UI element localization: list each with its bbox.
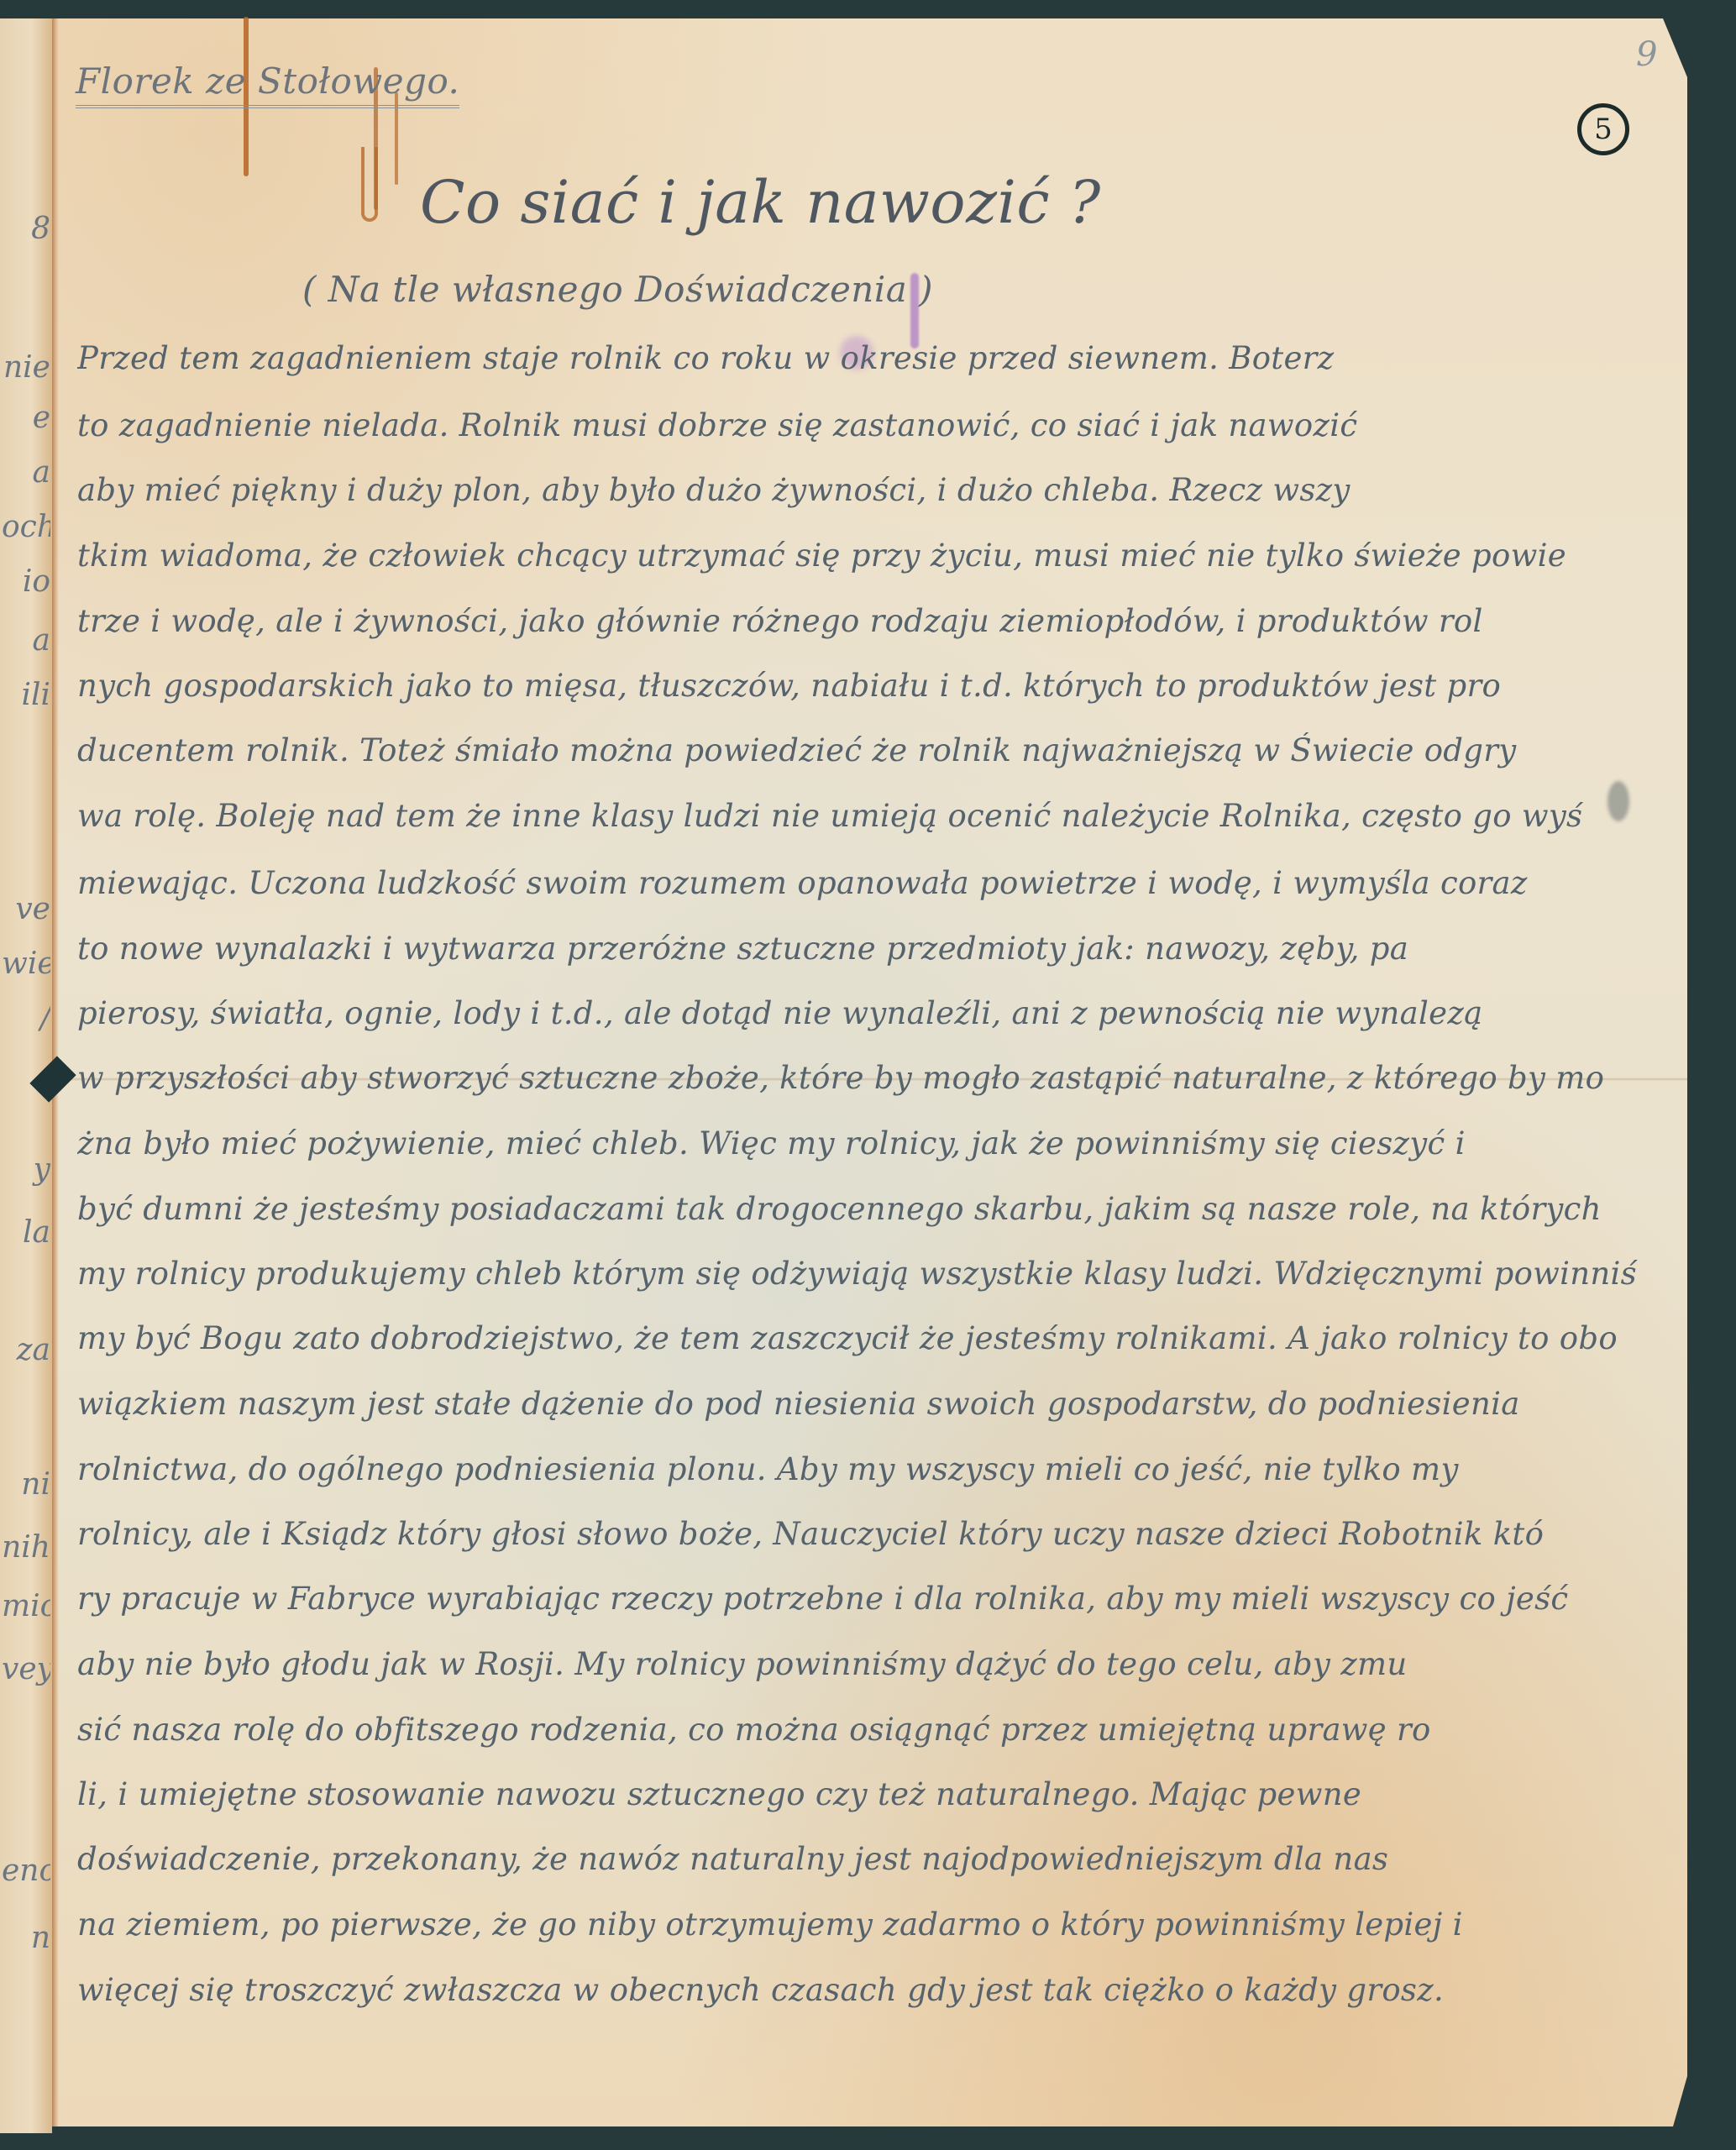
margin-fragment: ve <box>2 892 50 926</box>
text-line: wa rolę. Boleję nad tem że inne klasy lu… <box>77 798 1673 834</box>
text-line: rolnictwa, do ogólnego podniesienia plon… <box>77 1451 1673 1487</box>
text-line: więcej się troszczyć zwłaszcza w obecnyc… <box>77 1972 1673 2008</box>
margin-fragment: wie <box>2 947 50 981</box>
text-line: my rolnicy produkujemy chleb którym się … <box>77 1256 1673 1292</box>
document-title: Co siać i jak nawozić ? <box>420 168 1101 237</box>
text-line: Przed tem zagadnieniem staje rolnik co r… <box>77 340 1673 376</box>
margin-fragment: 8 <box>2 212 50 246</box>
margin-fragment: a <box>2 623 50 658</box>
margin-fragment: mio <box>2 1589 50 1623</box>
margin-fragment: la <box>2 1215 50 1250</box>
margin-fragment: n <box>2 1921 50 1955</box>
text-line: wiązkiem naszym jest stałe dążenie do po… <box>77 1386 1673 1422</box>
margin-fragment: vey <box>2 1652 50 1686</box>
margin-fragment: ni <box>2 1467 50 1502</box>
margin-fragment: a <box>2 455 50 490</box>
text-line: doświadczenie, przekonany, że nawóz natu… <box>77 1841 1673 1877</box>
folio-number: 9 <box>1636 35 1657 74</box>
author-header: Florek ze Stołowego. <box>76 60 459 108</box>
margin-fragment: nie <box>2 350 50 385</box>
text-line: to nowe wynalazki i wytwarza przeróżne s… <box>77 931 1673 967</box>
margin-fragment: ili <box>2 678 50 712</box>
margin-fragment: y <box>2 1152 50 1187</box>
document-subtitle: ( Na tle własnego Doświadczenia ) <box>302 269 933 310</box>
rust-stain <box>361 147 378 222</box>
text-line: trze i wodę, ale i żywności, jako główni… <box>77 603 1673 639</box>
text-line: ducentem rolnik. Toteż śmiało można powi… <box>77 732 1673 768</box>
margin-fragment: eno <box>2 1854 50 1888</box>
text-line: rolnicy, ale i Ksiądz który głosi słowo … <box>77 1516 1673 1552</box>
margin-fragment: nih <box>2 1530 50 1565</box>
text-line: być dumni że jesteśmy posiadaczami tak d… <box>77 1191 1673 1227</box>
text-line: miewając. Uczona ludzkość swoim rozumem … <box>77 865 1673 901</box>
text-line: nych gospodarskich jako to mięsa, tłuszc… <box>77 668 1673 704</box>
text-line: to zagadnienie nielada. Rolnik musi dobr… <box>77 407 1673 443</box>
text-line: aby nie było głodu jak w Rosji. My rolni… <box>77 1646 1673 1682</box>
text-line: my być Bogu zato dobrodziejstwo, że tem … <box>77 1320 1673 1356</box>
circled-page-number: 5 <box>1577 103 1629 155</box>
text-line: aby mieć piękny i duży plon, aby było du… <box>77 472 1673 508</box>
text-line: ry pracuje w Fabryce wyrabiając rzeczy p… <box>77 1581 1673 1617</box>
text-line: li, i umiejętne stosowanie nawozu sztucz… <box>77 1776 1673 1812</box>
text-line: na ziemiem, po pierwsze, że go niby otrz… <box>77 1906 1673 1943</box>
text-line: tkim wiadoma, że człowiek chcący utrzyma… <box>77 537 1673 574</box>
text-line: sić nasza rolę do obfitszego rodzenia, c… <box>77 1712 1673 1748</box>
text-line: pierosy, światła, ognie, lody i t.d., al… <box>77 995 1673 1031</box>
margin-fragment: io <box>2 564 50 599</box>
margin-fragment: e <box>2 401 50 435</box>
margin-fragment: och. <box>2 510 50 544</box>
text-line: żna było mieć pożywienie, mieć chleb. Wi… <box>77 1125 1673 1162</box>
margin-fragment: / <box>2 1001 50 1036</box>
margin-fragment: za <box>2 1333 50 1367</box>
text-line: w przyszłości aby stworzyć sztuczne zboż… <box>77 1060 1673 1096</box>
